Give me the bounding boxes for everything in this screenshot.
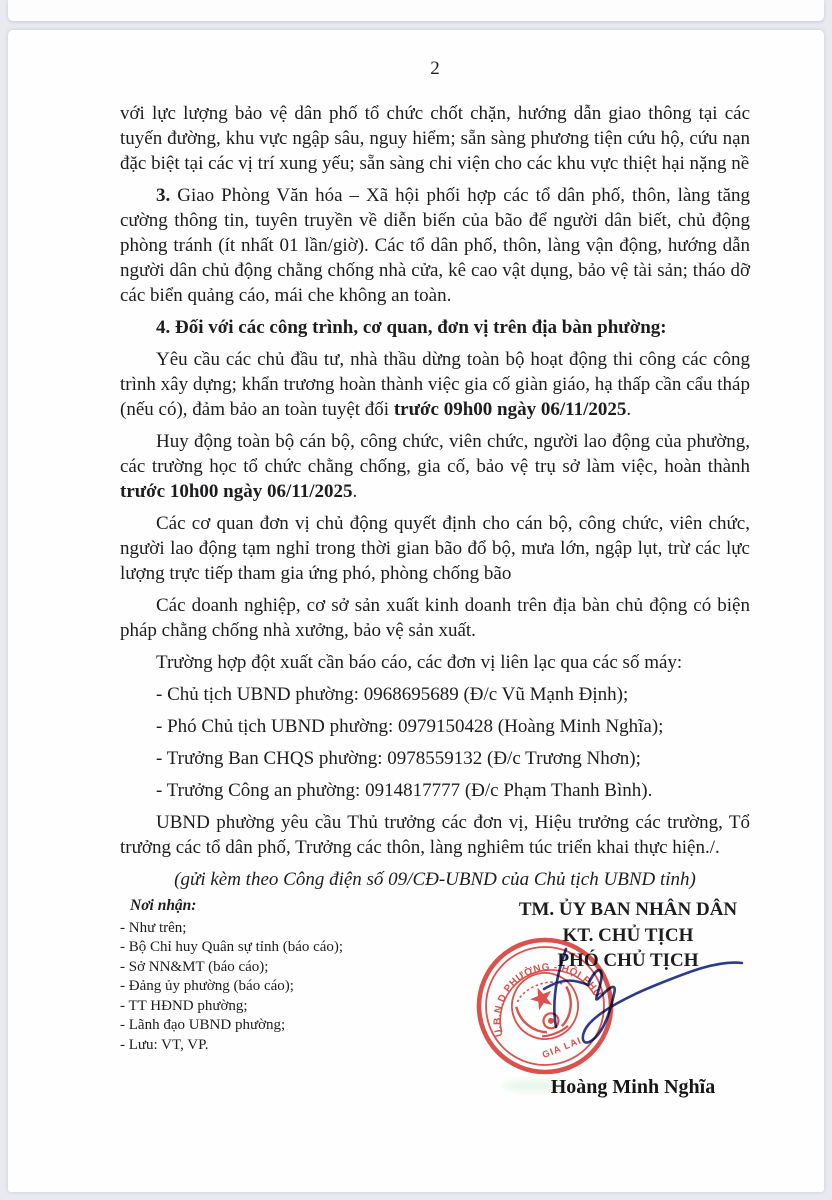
mobilize-period: .	[353, 481, 358, 502]
handwritten-signature	[536, 935, 758, 1053]
para-continuation: với lực lượng bảo vệ dân phố tổ chức chố…	[120, 101, 750, 176]
recipient-item: - Lưu: VT, VP.	[120, 1036, 450, 1056]
signature-stroke	[544, 963, 742, 1043]
para-agencies: Các cơ quan đơn vị chủ động quyết định c…	[120, 511, 750, 586]
page-number: 2	[120, 56, 750, 81]
document-page: 2 với lực lượng bảo vệ dân phố tổ chức c…	[8, 30, 824, 1192]
contact-line: - Trưởng Công an phường: 0914817777 (Đ/c…	[120, 778, 750, 803]
item-3-text: Giao Phòng Văn hóa – Xã hội phối hợp các…	[120, 185, 750, 306]
contact-line: - Chủ tịch UBND phường: 0968695689 (Đ/c …	[120, 682, 750, 707]
recipient-item: - TT HĐND phường;	[120, 997, 450, 1017]
signature-authority-line: TM. ỦY BAN NHÂN DÂN	[458, 897, 798, 923]
para-construction: Yêu cầu các chủ đầu tư, nhà thầu dừng to…	[120, 347, 750, 422]
para-item-3: 3. Giao Phòng Văn hóa – Xã hội phối hợp …	[120, 183, 750, 308]
document-body: 2 với lực lượng bảo vệ dân phố tổ chức c…	[120, 56, 750, 892]
mobilize-deadline: trước 10h00 ngày 06/11/2025	[120, 481, 353, 502]
heading-item-4: 4. Đối với các công trình, cơ quan, đơn …	[120, 315, 750, 340]
recipients-heading: Nơi nhận:	[130, 896, 450, 916]
recipient-item: - Đảng ủy phường (báo cáo);	[120, 977, 450, 997]
para-mobilize: Huy động toàn bộ cán bộ, công chức, viên…	[120, 429, 750, 504]
item-3-number: 3.	[156, 185, 170, 206]
recipient-item: - Như trên;	[120, 919, 450, 939]
recipient-item: - Lãnh đạo UBND phường;	[120, 1016, 450, 1036]
signature-stroke	[554, 949, 566, 1027]
signer-name: Hoàng Minh Nghĩa	[473, 1076, 793, 1099]
para-contact-intro: Trường hợp đột xuất cần báo cáo, các đơn…	[120, 650, 750, 675]
para-closing: UBND phường yêu cầu Thủ trưởng các đơn v…	[120, 810, 750, 860]
recipients-block: Nơi nhận: - Như trên; - Bộ Chỉ huy Quân …	[120, 896, 450, 1055]
construction-deadline: trước 09h00 ngày 06/11/2025	[394, 399, 627, 420]
attachment-note: (gửi kèm theo Công điện số 09/CĐ-UBND củ…	[120, 867, 750, 892]
previous-page-edge	[8, 0, 824, 21]
contact-line: - Phó Chủ tịch UBND phường: 0979150428 (…	[120, 714, 750, 739]
para-businesses: Các doanh nghiệp, cơ sở sản xuất kinh do…	[120, 593, 750, 643]
contact-line: - Trưởng Ban CHQS phường: 0978559132 (Đ/…	[120, 746, 750, 771]
recipient-item: - Bộ Chỉ huy Quân sự tỉnh (báo cáo);	[120, 938, 450, 958]
mobilize-text: Huy động toàn bộ cán bộ, công chức, viên…	[120, 431, 750, 477]
construction-period: .	[626, 399, 631, 420]
recipient-item: - Sở NN&MT (báo cáo);	[120, 958, 450, 978]
